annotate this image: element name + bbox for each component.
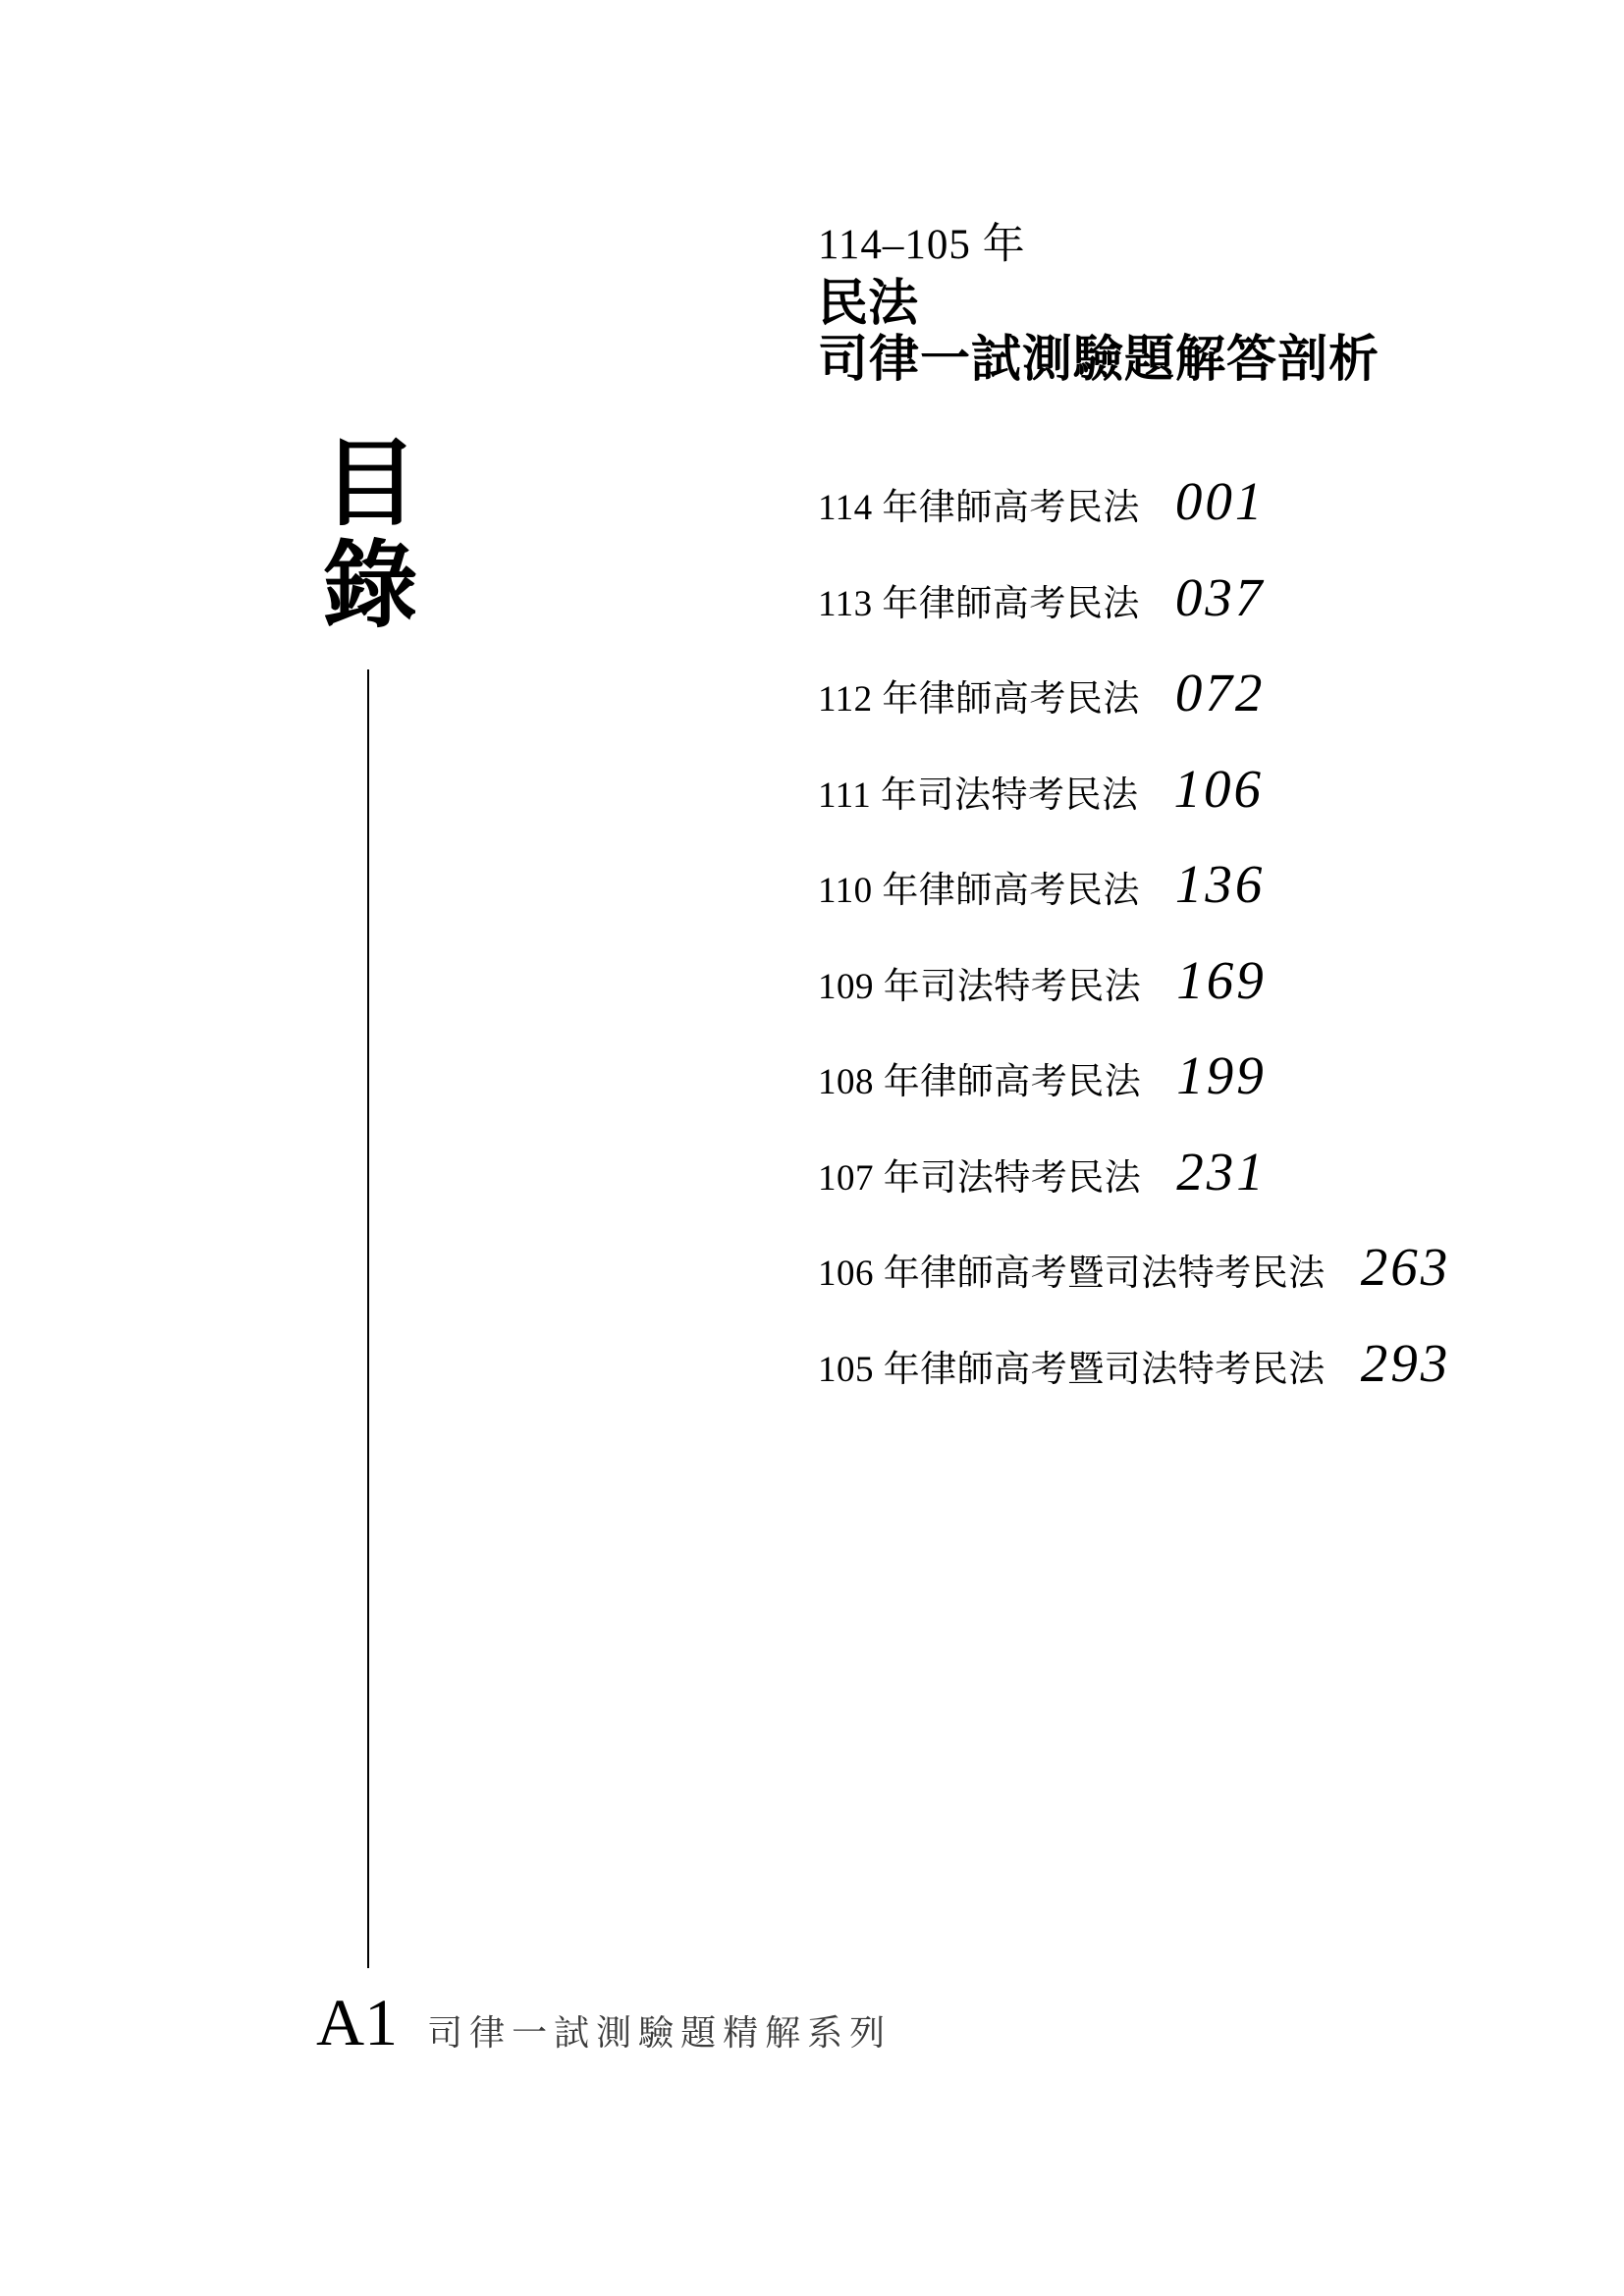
toc-entry-page: 106	[1174, 759, 1265, 819]
toc-entry: 111 年司法特考民法106	[818, 741, 1450, 837]
toc-entry: 106 年律師高考暨司法特考民法263	[818, 1219, 1450, 1315]
contents-label: 目 錄	[309, 434, 431, 638]
series-footer: A1 司律一試測驗題精解系列	[316, 1987, 892, 2057]
toc-entry-label: 107 年司法特考民法	[818, 1158, 1141, 1199]
toc-entry-label: 108 年律師高考民法	[818, 1062, 1141, 1102]
toc-entry: 109 年司法特考民法169	[818, 933, 1450, 1029]
toc-entry-page: 136	[1175, 854, 1266, 914]
toc-entry-page: 169	[1176, 950, 1267, 1010]
contents-label-char: 錄	[309, 536, 431, 638]
toc-entry-label: 111 年司法特考民法	[818, 775, 1139, 816]
toc-page: 114–105 年 民法 司律一試測驗題解答剖析 目 錄 114 年律師高考民法…	[0, 0, 1624, 2296]
toc-list: 114 年律師高考民法001 113 年律師高考民法037 112 年律師高考民…	[818, 454, 1450, 1411]
book-title-block: 114–105 年 民法 司律一試測驗題解答剖析	[818, 222, 1380, 389]
book-title: 司律一試測驗題解答剖析	[818, 333, 1380, 389]
contents-label-char: 目	[309, 434, 431, 536]
toc-entry-label: 112 年律師高考民法	[818, 679, 1140, 720]
toc-entry-page: 263	[1361, 1237, 1451, 1297]
toc-entry-page: 231	[1176, 1142, 1267, 1201]
toc-entry-label: 105 年律師高考暨司法特考民法	[818, 1350, 1326, 1390]
toc-entry: 105 年律師高考暨司法特考民法293	[818, 1315, 1450, 1412]
toc-entry: 107 年司法特考民法231	[818, 1124, 1450, 1220]
toc-entry-page: 199	[1176, 1045, 1267, 1105]
toc-entry-label: 106 年律師高考暨司法特考民法	[818, 1254, 1326, 1294]
toc-entry-label: 110 年律師高考民法	[818, 871, 1140, 911]
toc-entry: 114 年律師高考民法001	[818, 454, 1450, 550]
subject-title: 民法	[818, 277, 1380, 333]
series-name: 司律一試測驗題精解系列	[427, 2005, 892, 2056]
toc-entry-page: 293	[1361, 1333, 1451, 1393]
series-code: A1	[316, 1987, 398, 2057]
toc-entry-label: 114 年律師高考民法	[818, 488, 1140, 528]
toc-entry-page: 072	[1175, 663, 1266, 722]
toc-entry: 108 年律師高考民法199	[818, 1028, 1450, 1124]
toc-entry: 113 年律師高考民法037	[818, 550, 1450, 646]
vertical-divider	[367, 669, 369, 1968]
toc-entry: 110 年律師高考民法136	[818, 836, 1450, 933]
toc-entry-page: 037	[1175, 567, 1266, 627]
toc-entry-label: 113 年律師高考民法	[818, 584, 1140, 624]
toc-entry: 112 年律師高考民法072	[818, 645, 1450, 741]
toc-entry-page: 001	[1175, 471, 1266, 531]
year-range: 114–105 年	[818, 222, 1380, 269]
toc-entry-label: 109 年司法特考民法	[818, 967, 1141, 1007]
